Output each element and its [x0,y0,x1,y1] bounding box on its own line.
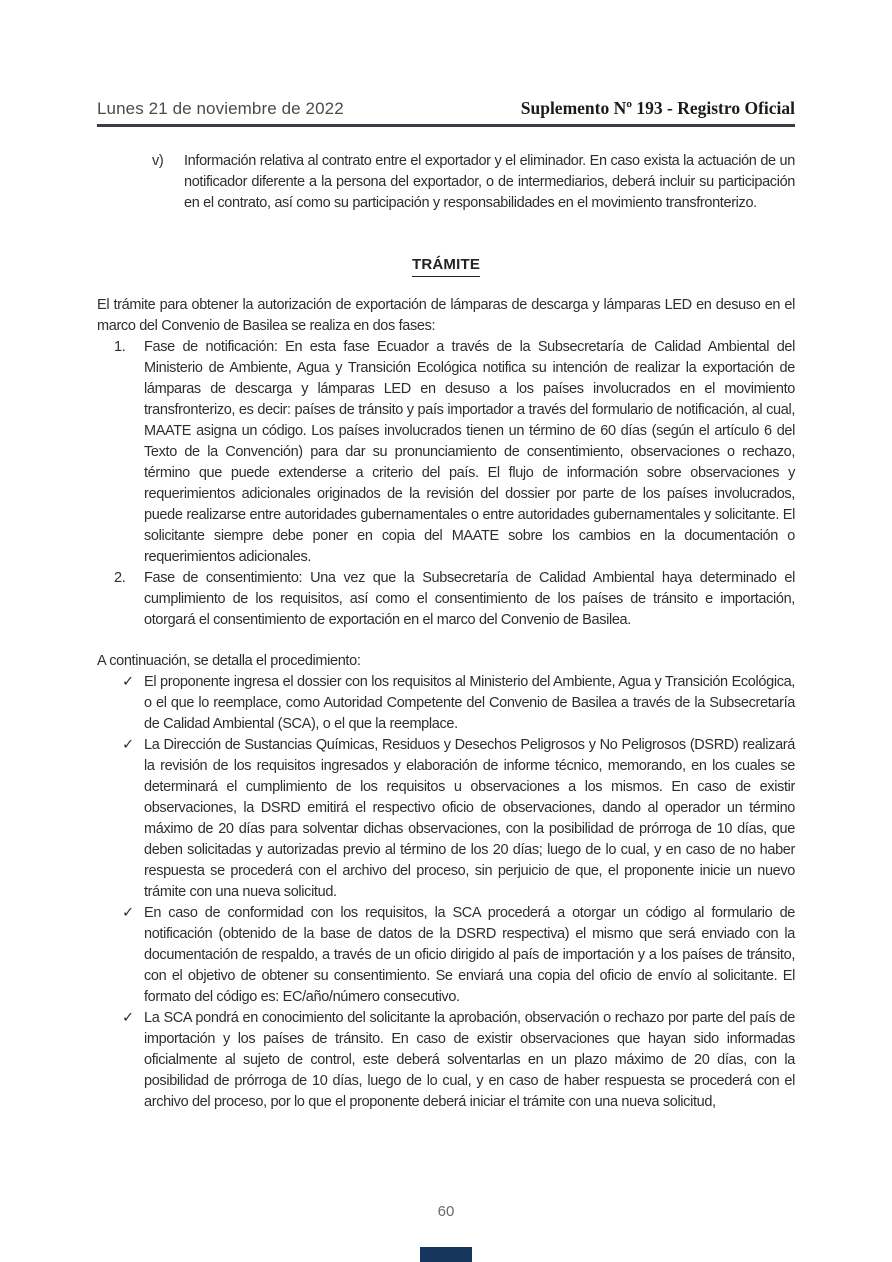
check-icon: ✓ [97,735,144,903]
check-icon: ✓ [97,672,144,735]
section-title: TRÁMITE [412,254,480,277]
procedure-item-2-text: La Dirección de Sustancias Químicas, Res… [144,735,795,903]
section-title-wrap: TRÁMITE [97,254,795,277]
page-header: Lunes 21 de noviembre de 2022 Suplemento… [97,98,795,127]
phase-1-number: 1. [97,337,144,568]
procedure-item-1-text: El proponente ingresa el dossier con los… [144,672,795,735]
procedure-intro: A continuación, se detalla el procedimie… [97,651,795,672]
phase-2-text: Fase de consentimiento: Una vez que la S… [144,568,795,631]
header-publication-title: Suplemento Nº 193 - Registro Oficial [521,98,795,119]
procedure-item-4: ✓ La SCA pondrá en conocimiento del soli… [97,1008,795,1113]
header-date: Lunes 21 de noviembre de 2022 [97,99,344,119]
procedure-item-3-text: En caso de conformidad con los requisito… [144,903,795,1008]
page-number: 60 [0,1203,892,1220]
check-icon: ✓ [97,903,144,1008]
phase-1-text: Fase de notificación: En esta fase Ecuad… [144,337,795,568]
list-item-v: v) Información relativa al contrato entr… [152,151,795,214]
procedure-item-3: ✓ En caso de conformidad con los requisi… [97,903,795,1008]
list-item-v-marker: v) [152,151,184,214]
footer-accent-bar [420,1247,472,1262]
list-item-v-text: Información relativa al contrato entre e… [184,151,795,214]
procedure-item-4-text: La SCA pondrá en conocimiento del solici… [144,1008,795,1113]
document-page: Lunes 21 de noviembre de 2022 Suplemento… [0,0,892,1262]
procedure-item-1: ✓ El proponente ingresa el dossier con l… [97,672,795,735]
phase-2-number: 2. [97,568,144,631]
phase-item-1: 1. Fase de notificación: En esta fase Ec… [97,337,795,568]
phase-item-2: 2. Fase de consentimiento: Una vez que l… [97,568,795,631]
page-body: v) Información relativa al contrato entr… [0,151,892,1113]
procedure-item-2: ✓ La Dirección de Sustancias Químicas, R… [97,735,795,903]
check-icon: ✓ [97,1008,144,1113]
section-intro-paragraph: El trámite para obtener la autorización … [97,295,795,337]
